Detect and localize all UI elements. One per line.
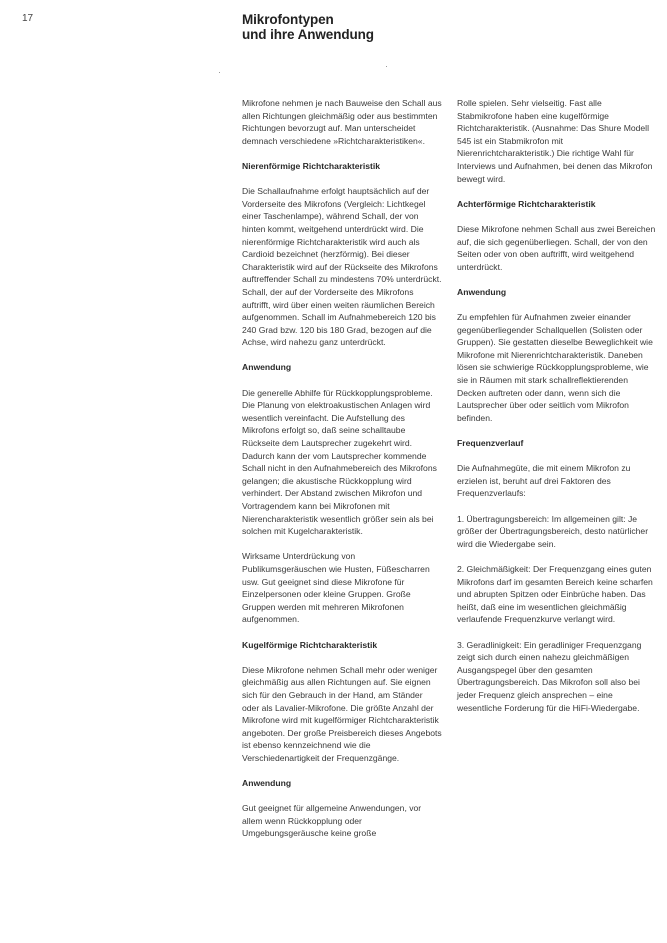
anwendung-niere-paragraph-1: Die generelle Abhilfe für Rückkopplungsp…: [242, 387, 442, 538]
frequenz-point-2: 2. Gleichmäßigkeit: Der Frequenzgang ein…: [457, 563, 657, 626]
frequenz-intro-paragraph: Die Aufnahmegüte, die mit einem Mikrofon…: [457, 462, 657, 500]
heading-frequenzverlauf: Frequenzverlauf: [457, 437, 657, 450]
heading-anwendung-acht: Anwendung: [457, 286, 657, 299]
anwendung-acht-paragraph: Zu empfehlen für Aufnahmen zweier einand…: [457, 311, 657, 424]
scan-speck: [386, 66, 387, 67]
page-number: 17: [22, 13, 33, 24]
page-title: Mikrofontypen und ihre Anwendung: [242, 12, 374, 42]
heading-anwendung-kugel: Anwendung: [242, 777, 442, 790]
title-line-2: und ihre Anwendung: [242, 27, 374, 42]
title-line-1: Mikrofontypen: [242, 12, 374, 27]
scan-speck: [219, 72, 220, 73]
anwendung-kugel-continued: Rolle spielen. Sehr vielseitig. Fast all…: [457, 97, 657, 185]
anwendung-kugel-paragraph: Gut geeignet für allgemeine Anwendungen,…: [242, 802, 442, 840]
frequenz-point-1: 1. Übertragungsbereich: Im allgemeinen g…: [457, 513, 657, 551]
heading-anwendung-niere: Anwendung: [242, 361, 442, 374]
acht-paragraph: Diese Mikrofone nehmen Schall aus zwei B…: [457, 223, 657, 273]
right-column: Rolle spielen. Sehr vielseitig. Fast all…: [457, 97, 657, 727]
left-column: Mikrofone nehmen je nach Bauweise den Sc…: [242, 97, 442, 853]
kugel-paragraph: Diese Mikrofone nehmen Schall mehr oder …: [242, 664, 442, 765]
heading-achterfoermig: Achterförmige Richtcharakteristik: [457, 198, 657, 211]
heading-nierenfoermig: Nierenförmige Richtcharakteristik: [242, 160, 442, 173]
frequenz-point-3: 3. Geradlinigkeit: Ein geradliniger Freq…: [457, 639, 657, 715]
niere-paragraph: Die Schallaufnahme erfolgt hauptsächlich…: [242, 185, 442, 349]
anwendung-niere-paragraph-2: Wirksame Unterdrückung von Publikumsgerä…: [242, 550, 442, 626]
intro-paragraph: Mikrofone nehmen je nach Bauweise den Sc…: [242, 97, 442, 147]
heading-kugelfoermig: Kugelförmige Richtcharakteristik: [242, 639, 442, 652]
